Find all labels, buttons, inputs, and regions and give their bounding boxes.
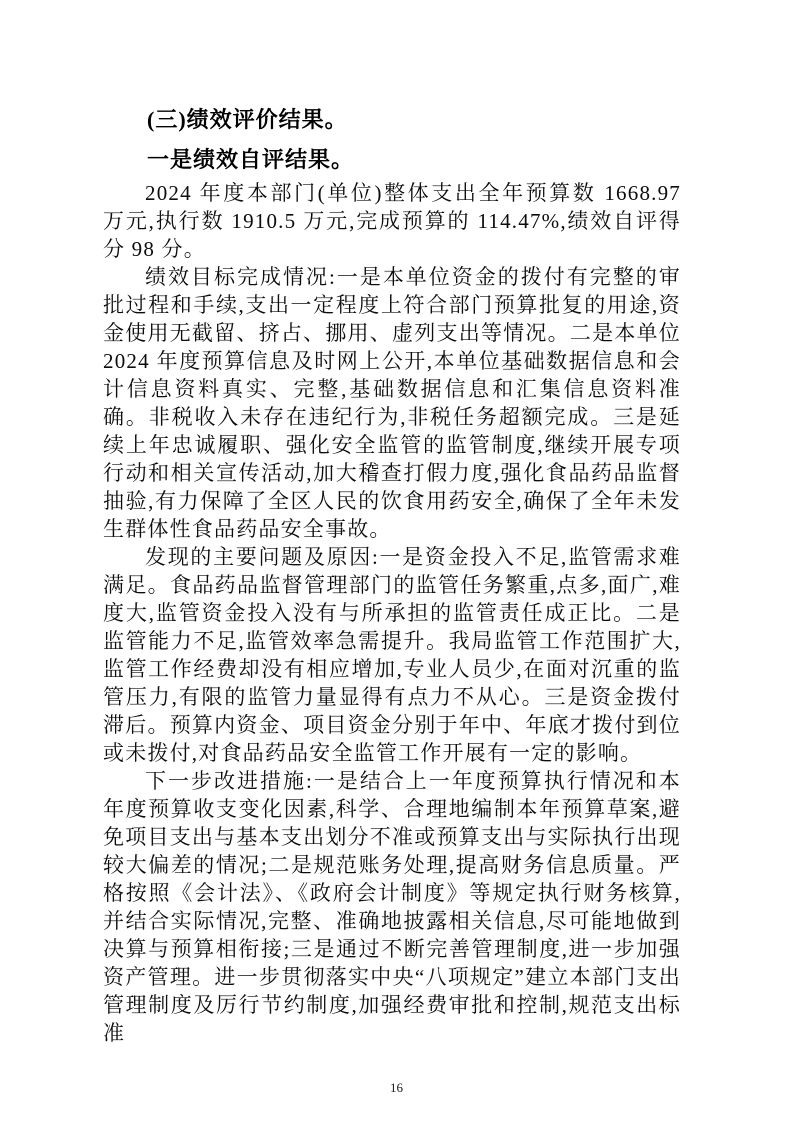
- sub-heading: 一是绩效自评结果。: [103, 146, 681, 174]
- paragraph-target-completion: 绩效目标完成情况:一是本单位资金的拨付有完整的审批过程和手续,支出一定程度上符合…: [103, 263, 681, 543]
- paragraph-self-evaluation-result: 2024 年度本部门(单位)整体支出全年预算数 1668.97 万元,执行数 1…: [103, 179, 681, 263]
- paragraph-problems-and-causes: 发现的主要问题及原因:一是资金投入不足,监管需求难满足。食品药品监督管理部门的监…: [103, 543, 681, 767]
- document-page: (三)绩效评价结果。 一是绩效自评结果。 2024 年度本部门(单位)整体支出全…: [0, 0, 793, 1122]
- section-heading: (三)绩效评价结果。: [103, 106, 681, 134]
- paragraph-improvement-measures: 下一步改进措施:一是结合上一年度预算执行情况和本年度预算收支变化因素,科学、合理…: [103, 767, 681, 1047]
- page-footer: 16: [0, 1042, 793, 1122]
- document-text-block: (三)绩效评价结果。 一是绩效自评结果。 2024 年度本部门(单位)整体支出全…: [103, 106, 681, 1047]
- page-number: 16: [0, 1080, 793, 1096]
